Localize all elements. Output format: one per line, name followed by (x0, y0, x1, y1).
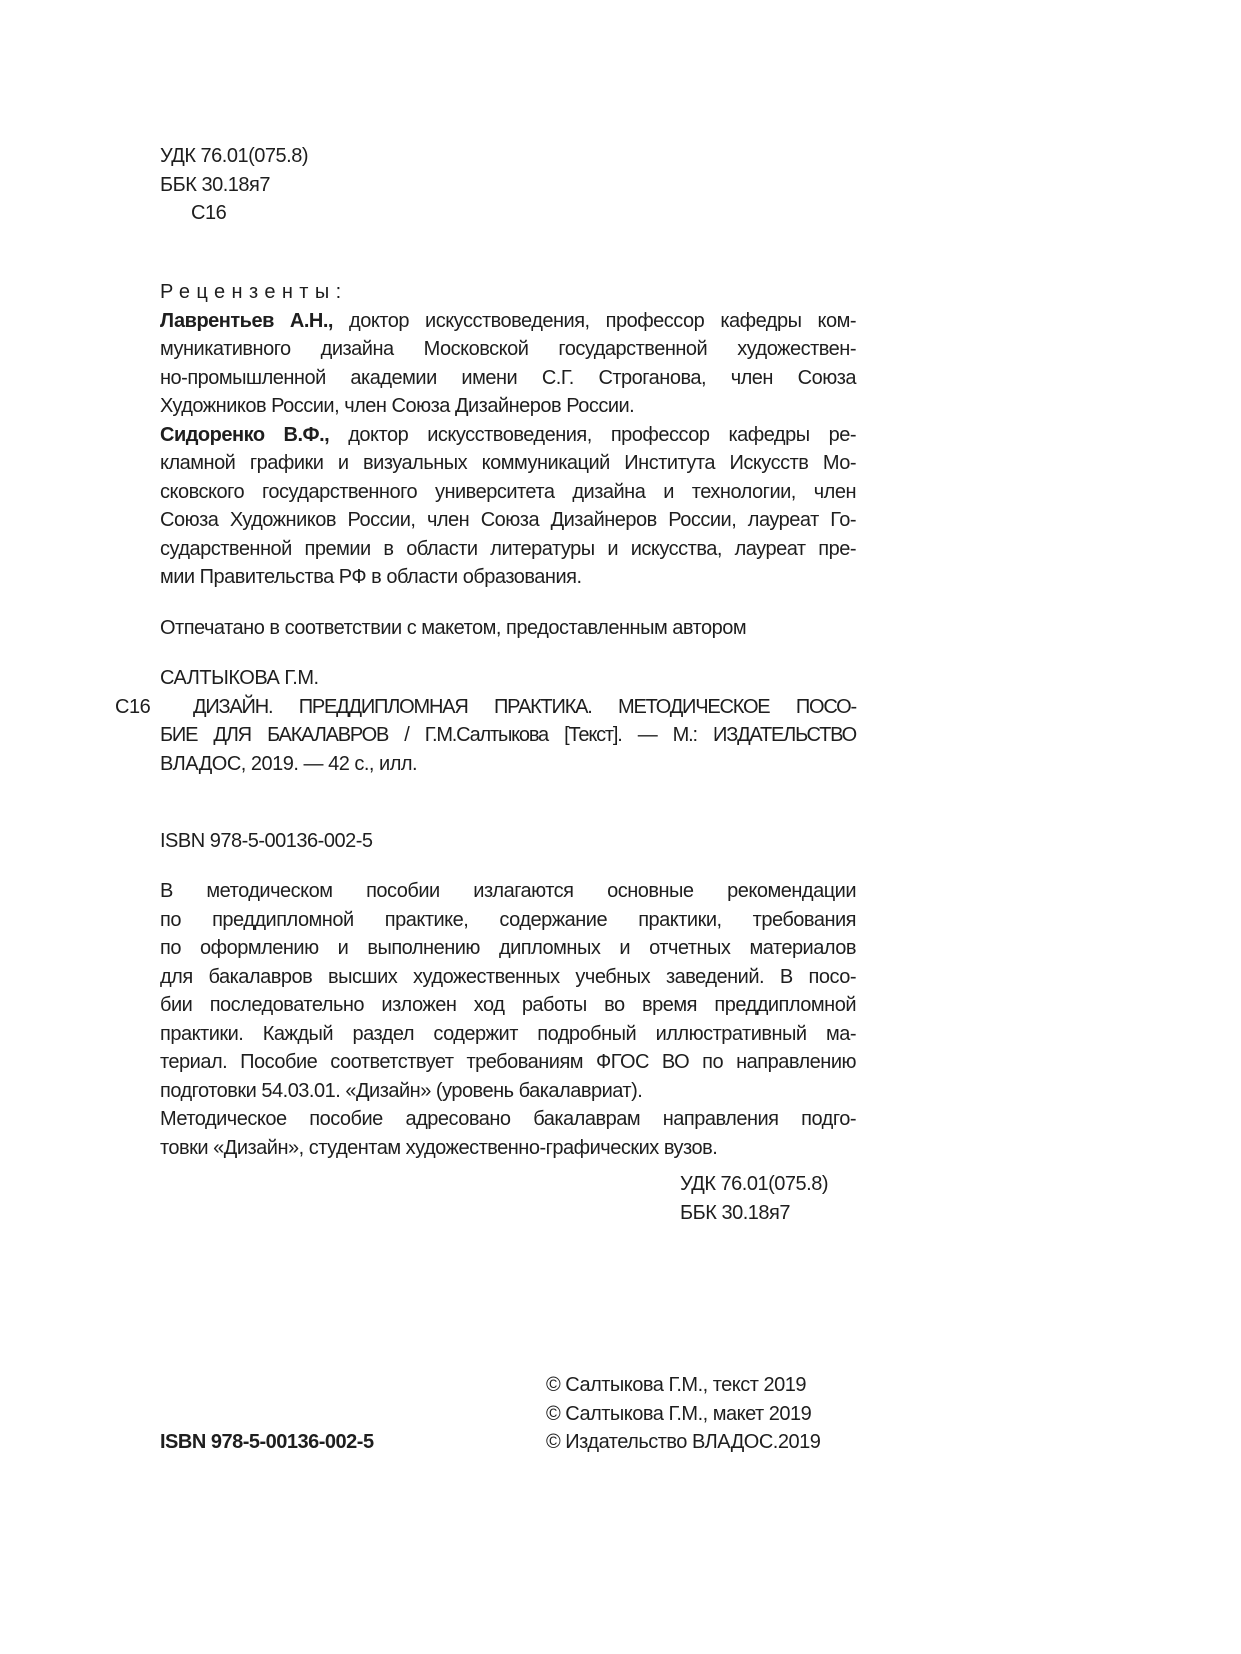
reviewer-line: муникативного дизайна Московской государ… (160, 335, 856, 364)
bbk-code: ББК 30.18я7 (160, 171, 856, 200)
annotation-line: Методическое пособие адресовано бакалавр… (160, 1105, 856, 1134)
annotation-line: подготовки 54.03.01. «Дизайн» (уровень б… (160, 1077, 856, 1106)
annotation-block: В методическом пособии излагаются основн… (160, 877, 856, 1162)
reviewer-name: Лаврентьев А.Н., (160, 310, 333, 332)
annotation-line: териал. Пособие соответствует требования… (160, 1048, 856, 1077)
annotation-line: В методическом пособии излагаются основн… (160, 877, 856, 906)
reviewer-line: Художников России, член Союза Дизайнеров… (160, 392, 856, 421)
reviewer-line: сударственной премии в области литератур… (160, 535, 856, 564)
isbn-top: ISBN 978-5-00136-002-5 (160, 827, 856, 856)
reviewer-line: сковского государственного университета … (160, 478, 856, 507)
reviewers-heading: Рецензенты: (160, 278, 856, 307)
top-codes-block: УДК 76.01(075.8) ББК 30.18я7 С16 (160, 142, 856, 228)
catalog-line: БИЕ ДЛЯ БАКАЛАВРОВ / Г.М.Салтыкова [Текс… (160, 721, 856, 750)
annotation-line: по преддипломной практике, содержание пр… (160, 906, 856, 935)
copyright-block: © Салтыкова Г.М., текст 2019 © Салтыкова… (546, 1371, 820, 1457)
reviewer-name: Сидоренко В.Ф., (160, 424, 329, 446)
annotation-line: товки «Дизайн», студентам художественно-… (160, 1134, 856, 1163)
annotation-line: для бакалавров высших художественных уче… (160, 963, 856, 992)
reviewer-line: Лаврентьев А.Н., доктор искусствоведения… (160, 307, 856, 336)
copyright-line: © Салтыкова Г.М., макет 2019 (546, 1400, 820, 1429)
catalog-line: ВЛАДОС, 2019. — 42 с., илл. (160, 750, 856, 779)
udk-code: УДК 76.01(075.8) (160, 142, 856, 171)
copyright-line: © Салтыкова Г.М., текст 2019 (546, 1371, 820, 1400)
reviewer-line-rest: доктор искусствоведения, профессор кафед… (333, 310, 856, 332)
imprint-page: УДК 76.01(075.8) ББК 30.18я7 С16 Рецензе… (0, 0, 1241, 1654)
author-sign-code: С16 (160, 199, 856, 228)
print-note: Отпечатано в соответствии с макетом, пре… (160, 614, 856, 643)
udc-footer-block: УДК 76.01(075.8) ББК 30.18я7 (680, 1170, 828, 1227)
catalog-code: С16 (115, 693, 150, 722)
catalog-line: ДИЗАЙН. ПРЕДДИПЛОМНАЯ ПРАКТИКА. МЕТОДИЧЕ… (160, 693, 856, 722)
reviewer-line: Сидоренко В.Ф., доктор искусствоведения,… (160, 421, 856, 450)
catalog-author: САЛТЫКОВА Г.М. (160, 664, 856, 693)
reviewers-block: Рецензенты: Лаврентьев А.Н., доктор иску… (160, 278, 856, 592)
udk-footer: УДК 76.01(075.8) (680, 1170, 828, 1199)
annotation-line: бии последовательно изложен ход работы в… (160, 991, 856, 1020)
annotation-line: по оформлению и выполнению дипломных и о… (160, 934, 856, 963)
bbk-footer: ББК 30.18я7 (680, 1199, 828, 1228)
reviewer-line: Союза Художников России, член Союза Диза… (160, 506, 856, 535)
annotation-line: практики. Каждый раздел содержит подробн… (160, 1020, 856, 1049)
reviewer-line: но-промышленной академии имени С.Г. Стро… (160, 364, 856, 393)
reviewer-line: кламной графики и визуальных коммуникаци… (160, 449, 856, 478)
isbn-bottom: ISBN 978-5-00136-002-5 (160, 1428, 374, 1457)
copyright-line: © Издательство ВЛАДОС.2019 (546, 1428, 820, 1457)
reviewer-line-rest: доктор искусствоведения, профессор кафед… (329, 424, 856, 446)
catalog-card: САЛТЫКОВА Г.М. С16 ДИЗАЙН. ПРЕДДИПЛОМНАЯ… (160, 664, 856, 778)
reviewer-line: мии Правительства РФ в области образован… (160, 563, 856, 592)
